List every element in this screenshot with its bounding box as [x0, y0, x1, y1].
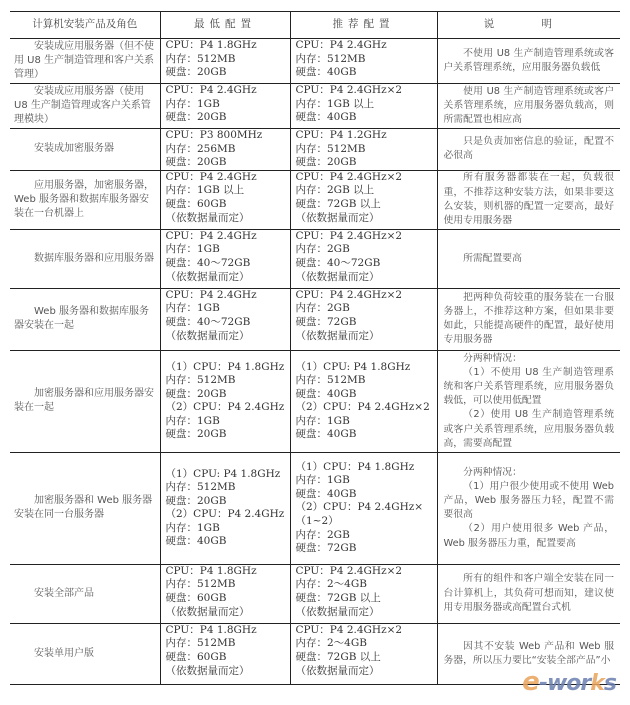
spec-line: 硬盘：72GB 以上 [296, 651, 433, 665]
spec-line: 内存：512MB [166, 481, 286, 495]
spec-line: （依数据量而定） [166, 271, 286, 285]
table-row: 安装全部产品CPU：P4 1.8GHz内存：512MB硬盘：60GB（依数据量而… [10, 564, 620, 623]
description-paragraph: 分两种情况： [444, 466, 615, 480]
recommended-config-cell: CPU：P4 2.4GHz×2内存：2～4GB硬盘：72GB 以上（依数据量而定… [290, 564, 437, 623]
table-row: 数据库服务器和应用服务器CPU：P4 2.4GHz内存：1GB硬盘：40～72G… [10, 229, 620, 288]
description-cell: 使用 U8 生产制造管理系统或客户关系管理系统，应用服务器负载高，则所需配置也相… [437, 84, 620, 129]
spec-line: 硬盘：40GB [166, 535, 286, 549]
spec-line: 内存：1GB [166, 243, 286, 257]
spec-line: 硬盘：20GB [166, 66, 286, 80]
description-paragraph: 分两种情况： [444, 352, 615, 366]
recommended-config-cell: CPU：P4 1.2GHz内存：512MB硬盘：20GB [290, 129, 437, 171]
spec-line: 内存：1GB [296, 474, 433, 488]
spec-line: （依数据量而定） [166, 606, 286, 620]
recommended-config-cell: CPU：P4 2.4GHz×2内存：2GB硬盘：40～72GB（依数据量而定） [290, 229, 437, 288]
min-config-cell: CPU：P4 1.8GHz内存：512MB硬盘：20GB [160, 39, 290, 84]
spec-line: （依数据量而定） [296, 330, 433, 344]
role-cell: 安装成应用服务器（但不使用 U8 生产制造管理和客户关系管理） [10, 39, 160, 84]
spec-line: CPU：P4 2.4GHz×2 [296, 565, 433, 579]
spec-line: 硬盘：20GB [166, 111, 286, 125]
spec-line: CPU：P4 2.4GHz [166, 230, 286, 244]
spec-line: 内存：2GB [296, 529, 433, 543]
watermark-s: s [604, 671, 616, 696]
min-config-cell: （1）CPU: P4 1.8GHz内存：512MB硬盘：20GB（2）CPU：P… [160, 452, 290, 564]
watermark-e: e [522, 667, 539, 697]
system-requirements-table: 计算机安装产品及角色 最低配置 推荐配置 说 明 安装成应用服务器（但不使用 U… [10, 11, 620, 685]
spec-line: 硬盘：72GB 以上 [296, 198, 433, 212]
eworks-watermark-logo: e-works [522, 667, 616, 697]
header-min-config: 最低配置 [160, 12, 290, 39]
spec-line: （2）CPU：P4 2.4GHz [166, 401, 286, 415]
spec-line: CPU：P4 2.4GHz×2 [296, 230, 433, 244]
spec-line: （1）CPU: P4 1.8GHz [166, 468, 286, 482]
spec-line: 内存：512MB [296, 143, 433, 157]
spec-line: （依数据量而定） [166, 212, 286, 226]
spec-line: （1）CPU: P4 1.8GHz [296, 361, 433, 375]
spec-line: 内存：256MB [166, 143, 286, 157]
role-cell: 安装成加密服务器 [10, 129, 160, 171]
spec-line: CPU：P3 800MHz [166, 129, 286, 143]
table-header-row: 计算机安装产品及角色 最低配置 推荐配置 说 明 [10, 12, 620, 39]
role-cell: 加密服务器和应用服务器安装在一起 [10, 350, 160, 452]
min-config-cell: CPU：P3 800MHz内存：256MB硬盘：20GB [160, 129, 290, 171]
spec-line: 硬盘：40GB [296, 388, 433, 402]
description-cell: 不使用 U8 生产制造管理系统或客户关系管理系统，应用服务器负载低 [437, 39, 620, 84]
spec-line: 内存：1GB 以上 [166, 184, 286, 198]
recommended-config-cell: CPU：P4 2.4GHz×2内存：1GB 以上硬盘：40GB [290, 84, 437, 129]
spec-line: 内存：2～4GB [296, 637, 433, 651]
role-cell: 安装成应用服务器（使用 U8 生产制造管理或客户关系管理模块） [10, 84, 160, 129]
spec-line: 硬盘：72GB 以上 [296, 592, 433, 606]
description-cell: 分两种情况：（1）用户很少使用或不使用 Web 产品，Web 服务器压力轻，配置… [437, 452, 620, 564]
role-cell: 加密服务器和 Web 服务器安装在同一台服务器 [10, 452, 160, 564]
header-recommended-config: 推荐配置 [290, 12, 437, 39]
table-row: 安装成加密服务器CPU：P3 800MHz内存：256MB硬盘：20GBCPU：… [10, 129, 620, 171]
spec-line: 硬盘：60GB [166, 651, 286, 665]
spec-line: 硬盘：72GB [296, 316, 433, 330]
description-paragraph: （1）用户很少使用或不使用 Web 产品，Web 服务器压力轻，配置不需要很高 [444, 480, 615, 523]
spec-line: 硬盘：20GB [296, 156, 433, 170]
role-cell: 安装全部产品 [10, 564, 160, 623]
spec-line: 内存：512MB [296, 53, 433, 67]
watermark-dash: - [539, 671, 547, 696]
spec-line: CPU：P4 1.8GHz [166, 39, 286, 53]
spec-line: （1）CPU：P4 1.8GHz [296, 461, 433, 475]
table-row: 安装成应用服务器（使用 U8 生产制造管理或客户关系管理模块）CPU：P4 2.… [10, 84, 620, 129]
spec-line: 硬盘：40GB [296, 488, 433, 502]
recommended-config-cell: （1）CPU：P4 1.8GHz内存：1GB硬盘：40GB（2）CPU：P4 2… [290, 452, 437, 564]
role-cell: 安装单用户版 [10, 623, 160, 684]
min-config-cell: （1）CPU：P4 1.8GHz内存：512MB硬盘：20GB（2）CPU：P4… [160, 350, 290, 452]
spec-line: 硬盘：72GB [296, 542, 433, 556]
spec-line: 内存：2GB 以上 [296, 184, 433, 198]
spec-line: CPU：P4 2.4GHz [166, 171, 286, 185]
spec-line: 硬盘：40GB [296, 66, 433, 80]
table-row: 加密服务器和应用服务器安装在一起（1）CPU：P4 1.8GHz内存：512MB… [10, 350, 620, 452]
recommended-config-cell: CPU：P4 2.4GHz内存：512MB硬盘：40GB [290, 39, 437, 84]
spec-line: 内存：2GB [296, 243, 433, 257]
spec-line: 内存：512MB [166, 374, 286, 388]
role-cell: 数据库服务器和应用服务器 [10, 229, 160, 288]
description-paragraph: （1）不使用 U8 生产制造管理系统和客户关系管理系统，应用服务器负载低，可以使… [444, 366, 615, 409]
spec-line: 内存：1GB [166, 98, 286, 112]
role-cell: 应用服务器，加密服务器，Web 服务器和数据库服务器安装在一台机器上 [10, 170, 160, 229]
watermark-wor: wor [547, 671, 590, 696]
spec-line: 硬盘：40GB [296, 111, 433, 125]
spec-line: CPU：P4 2.4GHz×2 [296, 84, 433, 98]
spec-line: （2）CPU：P4 2.4GHz× [296, 501, 433, 515]
spec-line: （依数据量而定） [296, 665, 433, 679]
recommended-config-cell: CPU：P4 2.4GHz×2内存：2～4GB硬盘：72GB 以上（依数据量而定… [290, 623, 437, 684]
min-config-cell: CPU：P4 2.4GHz内存：1GB硬盘：20GB [160, 84, 290, 129]
header-description: 说 明 [437, 12, 620, 39]
table-row: 安装成应用服务器（但不使用 U8 生产制造管理和客户关系管理）CPU：P4 1.… [10, 39, 620, 84]
min-config-cell: CPU：P4 2.4GHz内存：1GB 以上硬盘：60GB（依数据量而定） [160, 170, 290, 229]
spec-line: （1）CPU：P4 1.8GHz [166, 361, 286, 375]
spec-line: 内存：1GB [296, 415, 433, 429]
spec-line: 内存：1GB [166, 415, 286, 429]
spec-line: CPU：P4 1.8GHz [166, 624, 286, 638]
spec-line: CPU：P4 2.4GHz [166, 289, 286, 303]
min-config-cell: CPU：P4 2.4GHz内存：1GB硬盘：40～72GB（依数据量而定） [160, 229, 290, 288]
table-row: 应用服务器，加密服务器，Web 服务器和数据库服务器安装在一台机器上CPU：P4… [10, 170, 620, 229]
min-config-cell: CPU：P4 2.4GHz内存：1GB硬盘：40～72GB（依数据量而定） [160, 288, 290, 350]
spec-line: 硬盘：40～72GB [296, 257, 433, 271]
recommended-config-cell: CPU：P4 2.4GHz×2内存：2GB硬盘：72GB（依数据量而定） [290, 288, 437, 350]
spec-line: （2）CPU：P4 2.4GHz×2 [296, 401, 433, 415]
min-config-cell: CPU：P4 1.8GHz内存：512MB硬盘：60GB（依数据量而定） [160, 623, 290, 684]
spec-line: （1~2） [296, 515, 433, 529]
spec-line: 内存：512MB [296, 374, 433, 388]
spec-line: （依数据量而定） [296, 606, 433, 620]
spec-line: CPU：P4 1.2GHz [296, 129, 433, 143]
role-cell: Web 服务器和数据库服务器安装在一起 [10, 288, 160, 350]
spec-line: CPU：P4 2.4GHz [166, 84, 286, 98]
spec-line: 内存：512MB [166, 637, 286, 651]
spec-line: 内存：1GB [166, 522, 286, 536]
recommended-config-cell: （1）CPU: P4 1.8GHz内存：512MB硬盘：40GB（2）CPU：P… [290, 350, 437, 452]
recommended-config-cell: CPU：P4 2.4GHz×2内存：2GB 以上硬盘：72GB 以上（依数据量而… [290, 170, 437, 229]
spec-line: （依数据量而定） [296, 212, 433, 226]
spec-line: CPU：P4 2.4GHz×2 [296, 624, 433, 638]
spec-line: 内存：2GB [296, 302, 433, 316]
spec-line: CPU：P4 1.8GHz [166, 565, 286, 579]
spec-line: 硬盘：20GB [166, 428, 286, 442]
description-cell: 把两种负荷较重的服务装在一台服务器上，不推荐这种方案，但如果非要如此，只能提高硬… [437, 288, 620, 350]
spec-line: 硬盘：60GB [166, 198, 286, 212]
spec-line: （依数据量而定） [166, 665, 286, 679]
description-paragraph: （2）使用 U8 生产制造管理系统或客户关系管理系统，应用服务器负载高，需要高配… [444, 408, 615, 451]
spec-line: 硬盘：60GB [166, 592, 286, 606]
table-row: 加密服务器和 Web 服务器安装在同一台服务器（1）CPU: P4 1.8GHz… [10, 452, 620, 564]
description-cell: 所需配置要高 [437, 229, 620, 288]
watermark-k: k [590, 671, 604, 696]
spec-line: CPU：P4 2.4GHz×2 [296, 289, 433, 303]
description-cell: 所有服务器都装在一起，负载很重，不推荐这种安装方法，如果非要这么安装，则机器的配… [437, 170, 620, 229]
spec-line: 硬盘：20GB [166, 388, 286, 402]
spec-line: 内存：512MB [166, 578, 286, 592]
spec-line: CPU：P4 2.4GHz×2 [296, 171, 433, 185]
spec-line: 内存：1GB 以上 [296, 98, 433, 112]
description-cell: 只是负责加密信息的验证，配置不必很高 [437, 129, 620, 171]
spec-line: 内存：2～4GB [296, 578, 433, 592]
spec-line: （依数据量而定） [296, 271, 433, 285]
description-paragraph: （2）用户使用很多 Web 产品，Web 服务器压力重，配置要高 [444, 522, 615, 550]
spec-line: 硬盘：40GB [296, 428, 433, 442]
description-cell: 分两种情况：（1）不使用 U8 生产制造管理系统和客户关系管理系统，应用服务器负… [437, 350, 620, 452]
spec-line: 硬盘：40～72GB [166, 316, 286, 330]
spec-line: 硬盘：20GB [166, 495, 286, 509]
spec-line: 硬盘：40～72GB [166, 257, 286, 271]
header-role: 计算机安装产品及角色 [10, 12, 160, 39]
min-config-cell: CPU：P4 1.8GHz内存：512MB硬盘：60GB（依数据量而定） [160, 564, 290, 623]
description-cell: 所有的组件和客户端全安装在同一台计算机上，其负荷可想而知，建议使用专用服务器或高… [437, 564, 620, 623]
spec-line: （依数据量而定） [166, 330, 286, 344]
spec-line: 硬盘：20GB [166, 156, 286, 170]
spec-line: （2）CPU：P4 2.4GHz [166, 508, 286, 522]
table-row: Web 服务器和数据库服务器安装在一起CPU：P4 2.4GHz内存：1GB硬盘… [10, 288, 620, 350]
spec-line: CPU：P4 2.4GHz [296, 39, 433, 53]
spec-line: 内存：1GB [166, 302, 286, 316]
spec-line: 内存：512MB [166, 53, 286, 67]
